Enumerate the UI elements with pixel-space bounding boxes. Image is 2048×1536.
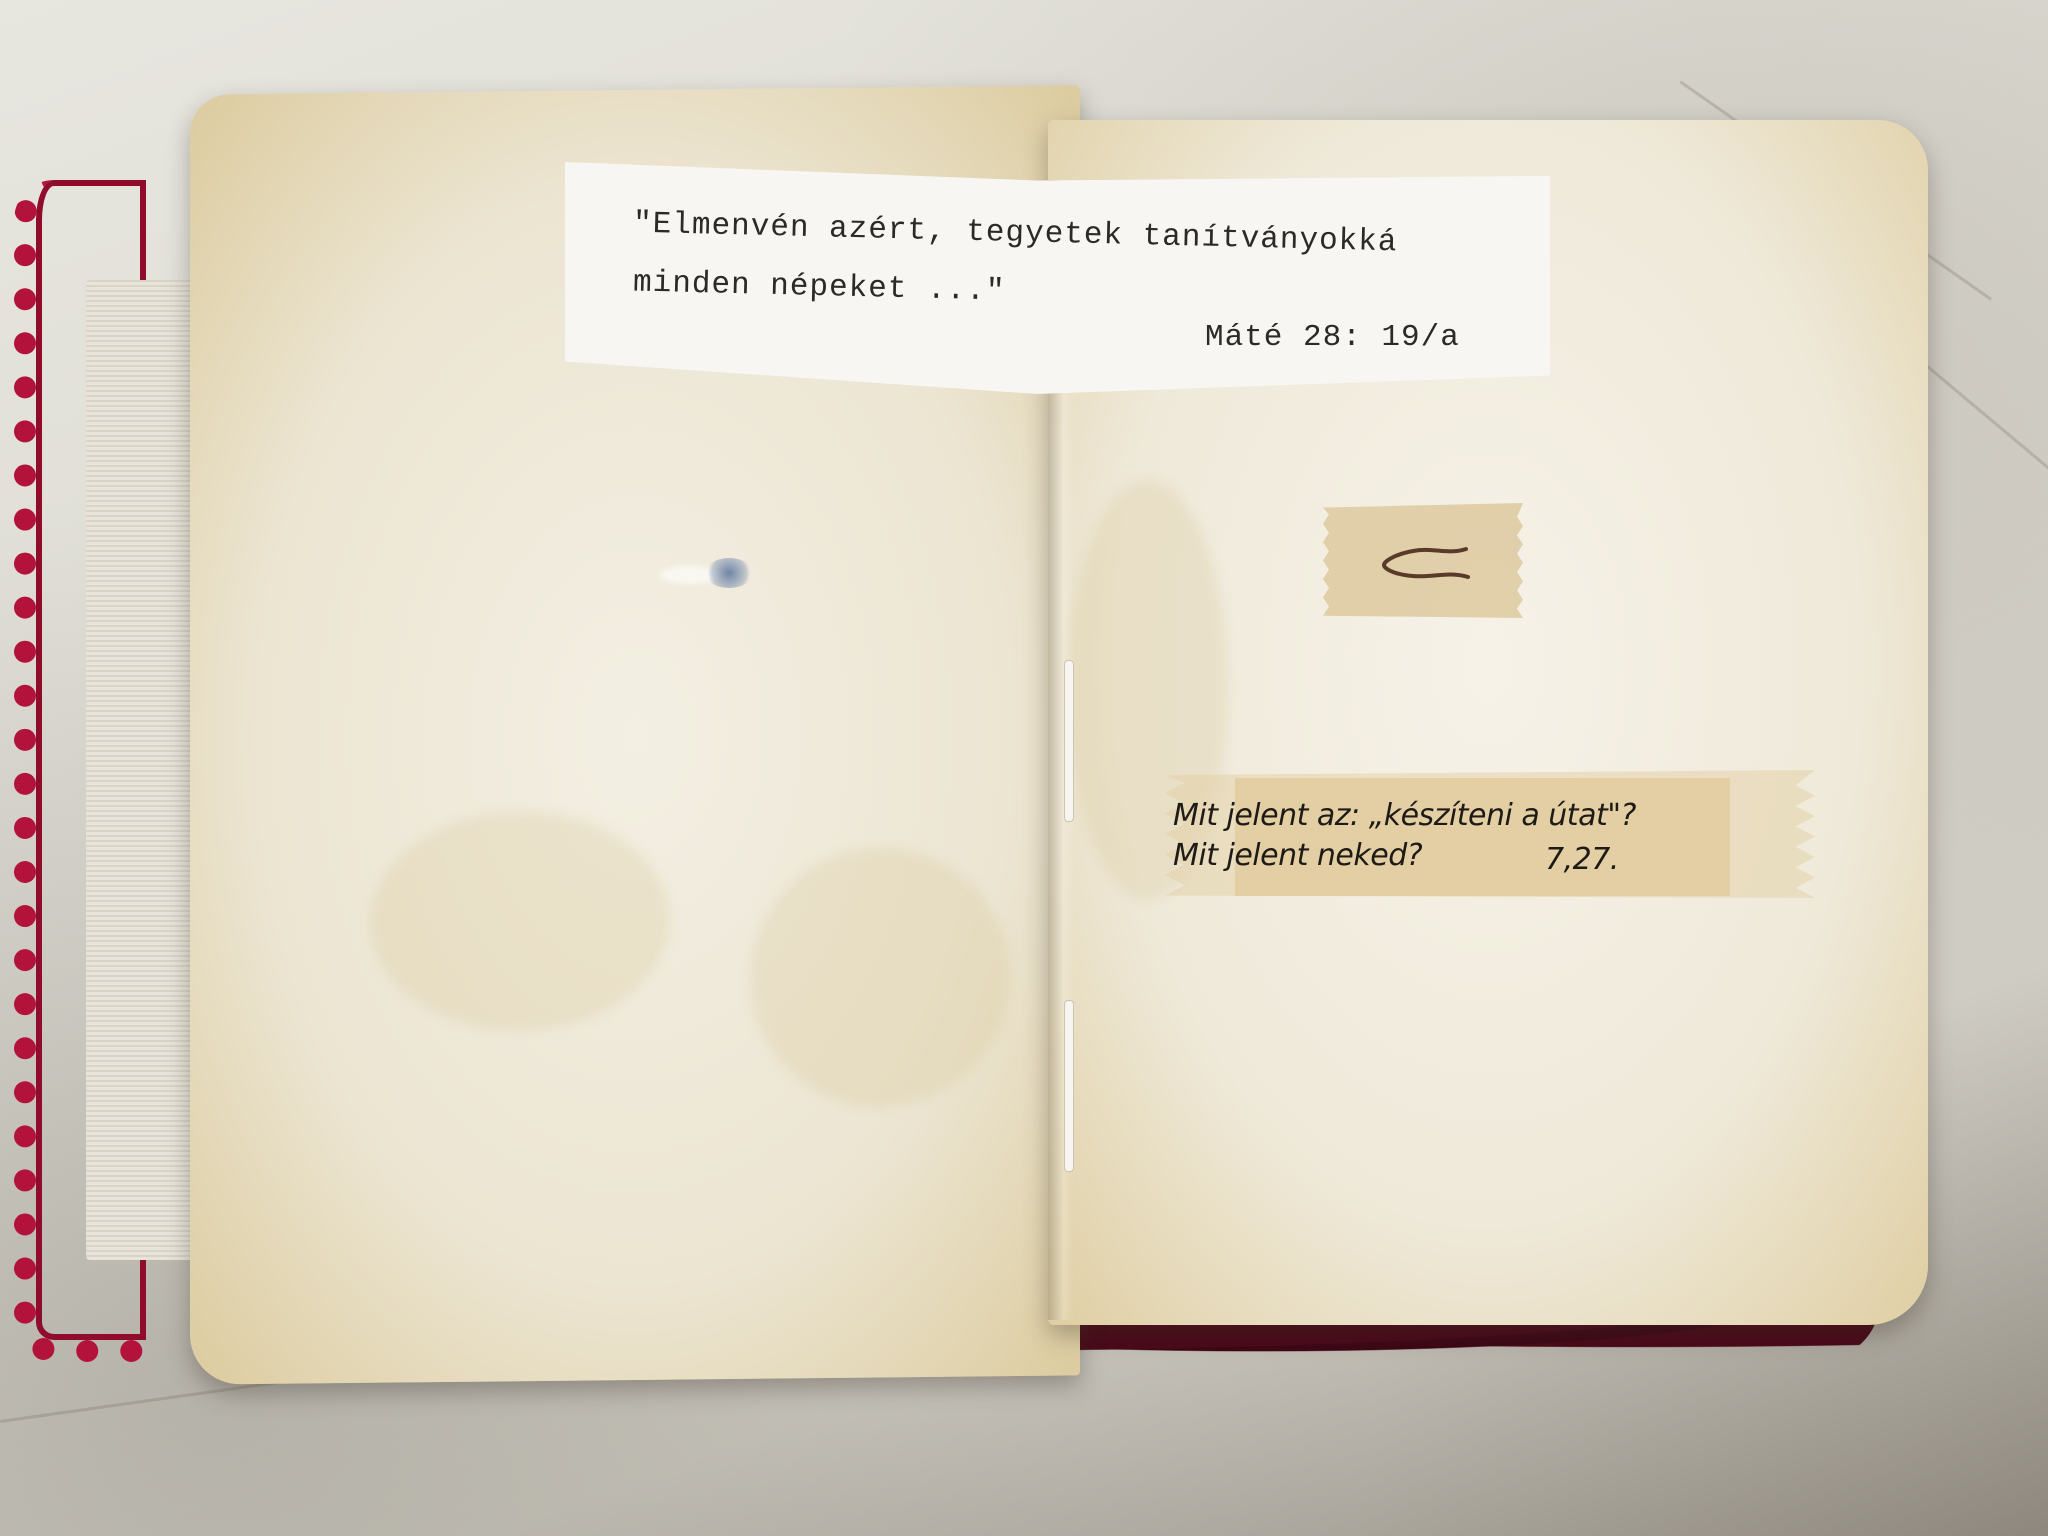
verse-reference: Máté 28: 19/a xyxy=(1205,320,1460,355)
age-stain xyxy=(370,810,670,1033)
note-line-2: Mit jelent neked? xyxy=(1173,838,1422,873)
note-line-1: Mit jelent az: „készíteni a útat"? xyxy=(1173,798,1636,833)
binding-stitch xyxy=(1064,660,1074,822)
typed-bible-verse-label: "Elmenvén azért, tegyetek tanítványokká … xyxy=(565,162,1550,394)
cover-ribbon xyxy=(86,280,194,1260)
fish-tape xyxy=(1323,503,1523,618)
note-date: 7,27. xyxy=(1545,842,1619,877)
binding-stitch xyxy=(1064,1000,1074,1172)
blue-ink-mark xyxy=(705,558,753,588)
age-stain xyxy=(750,846,1010,1109)
ichthys-fish-icon xyxy=(1378,543,1473,583)
handwritten-note-tape: Mit jelent az: „készíteni a útat"? Mit j… xyxy=(1235,778,1730,896)
verse-line-1: "Elmenvén azért, tegyetek tanítványokká xyxy=(633,207,1398,261)
verse-line-2: minden népeket ..." xyxy=(633,265,1006,309)
